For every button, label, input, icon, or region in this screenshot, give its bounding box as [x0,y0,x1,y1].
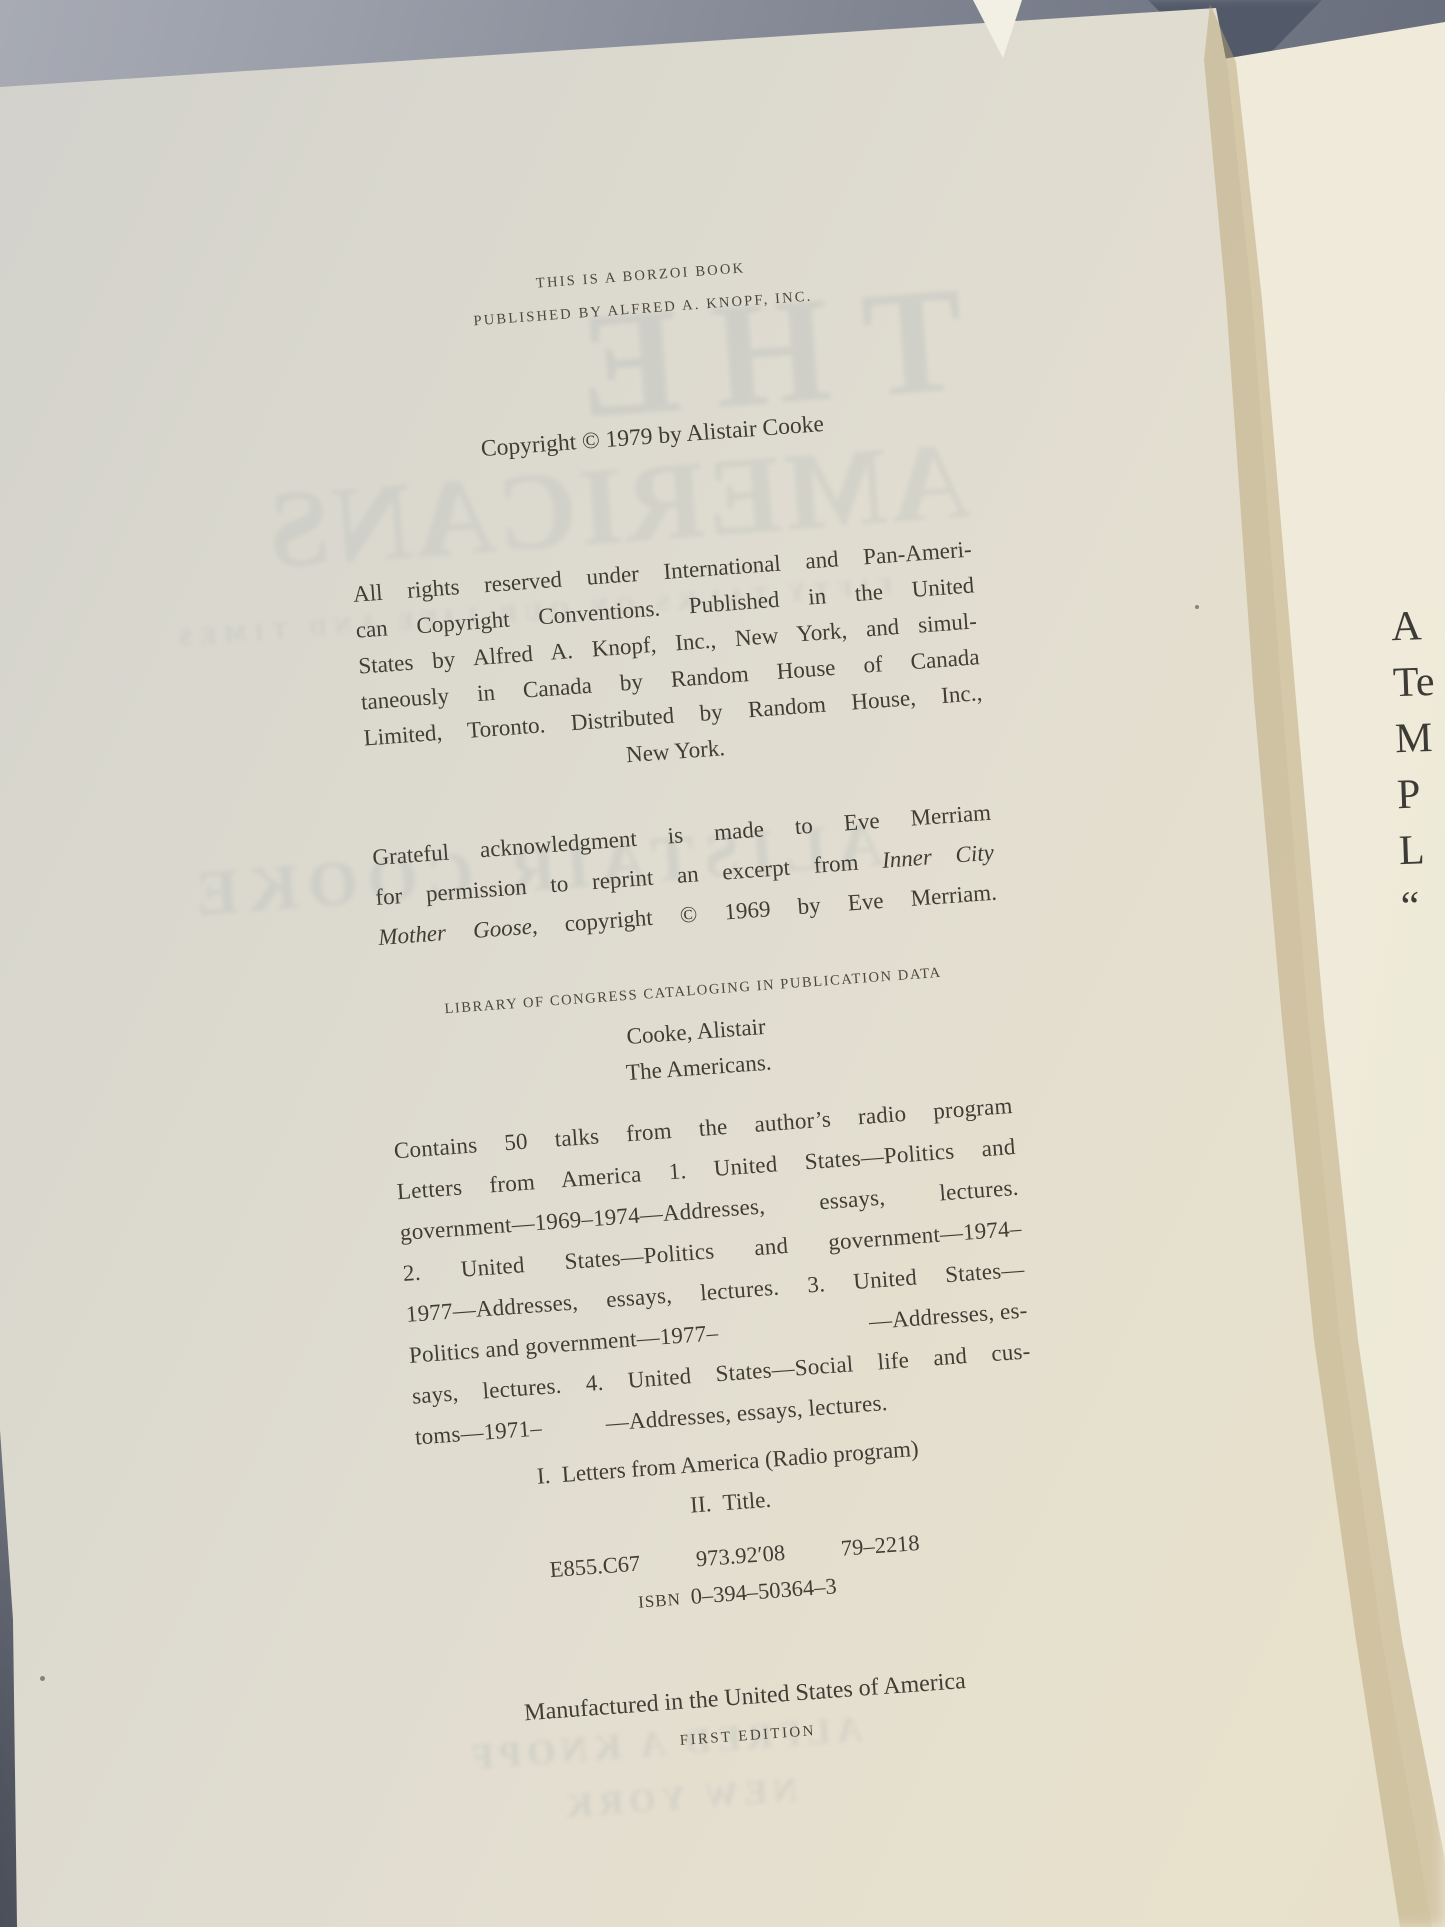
copyright-text-block: THIS IS A BORZOI BOOK PUBLISHED BY ALFRE… [331,245,1058,1767]
lccn-number: 79–2218 [840,1525,921,1567]
facing-line-fragment: L [1398,821,1445,879]
show-through-city: NEW YORK [559,1771,799,1826]
copyright-line: Copyright © 1979 by Alistair Cooke [342,401,962,473]
acknowledgment-paragraph: Grateful acknowledgment is made to Eve M… [371,793,998,958]
catalog-text: toms—1971– [414,1407,544,1457]
facing-line-fragment: Te [1392,653,1445,711]
facing-line-fragment: M [1394,709,1445,767]
lc-call-number: E855.C67 [548,1546,641,1589]
loc-catalog-block: Contains 50 talks from the author’s radi… [392,1085,1041,1545]
facing-page-text-fragments: A Te M P L “ [1390,597,1445,935]
rights-paragraph: All rights reserved under International … [352,532,986,793]
ack-italic-title: Mother Goose [377,914,532,950]
isbn-label: ISBN [637,1581,682,1622]
ack-italic-title: Inner City [881,840,995,873]
facing-line-fragment: “ [1400,877,1445,935]
paper-speck [40,1676,45,1681]
paper-speck [1195,605,1199,609]
facing-line-fragment: P [1396,765,1445,823]
facing-line-fragment: A [1390,597,1445,655]
photo-scene: A Te M P L “ THE AMERICANS FIFTY TALKS O… [0,0,1445,1927]
